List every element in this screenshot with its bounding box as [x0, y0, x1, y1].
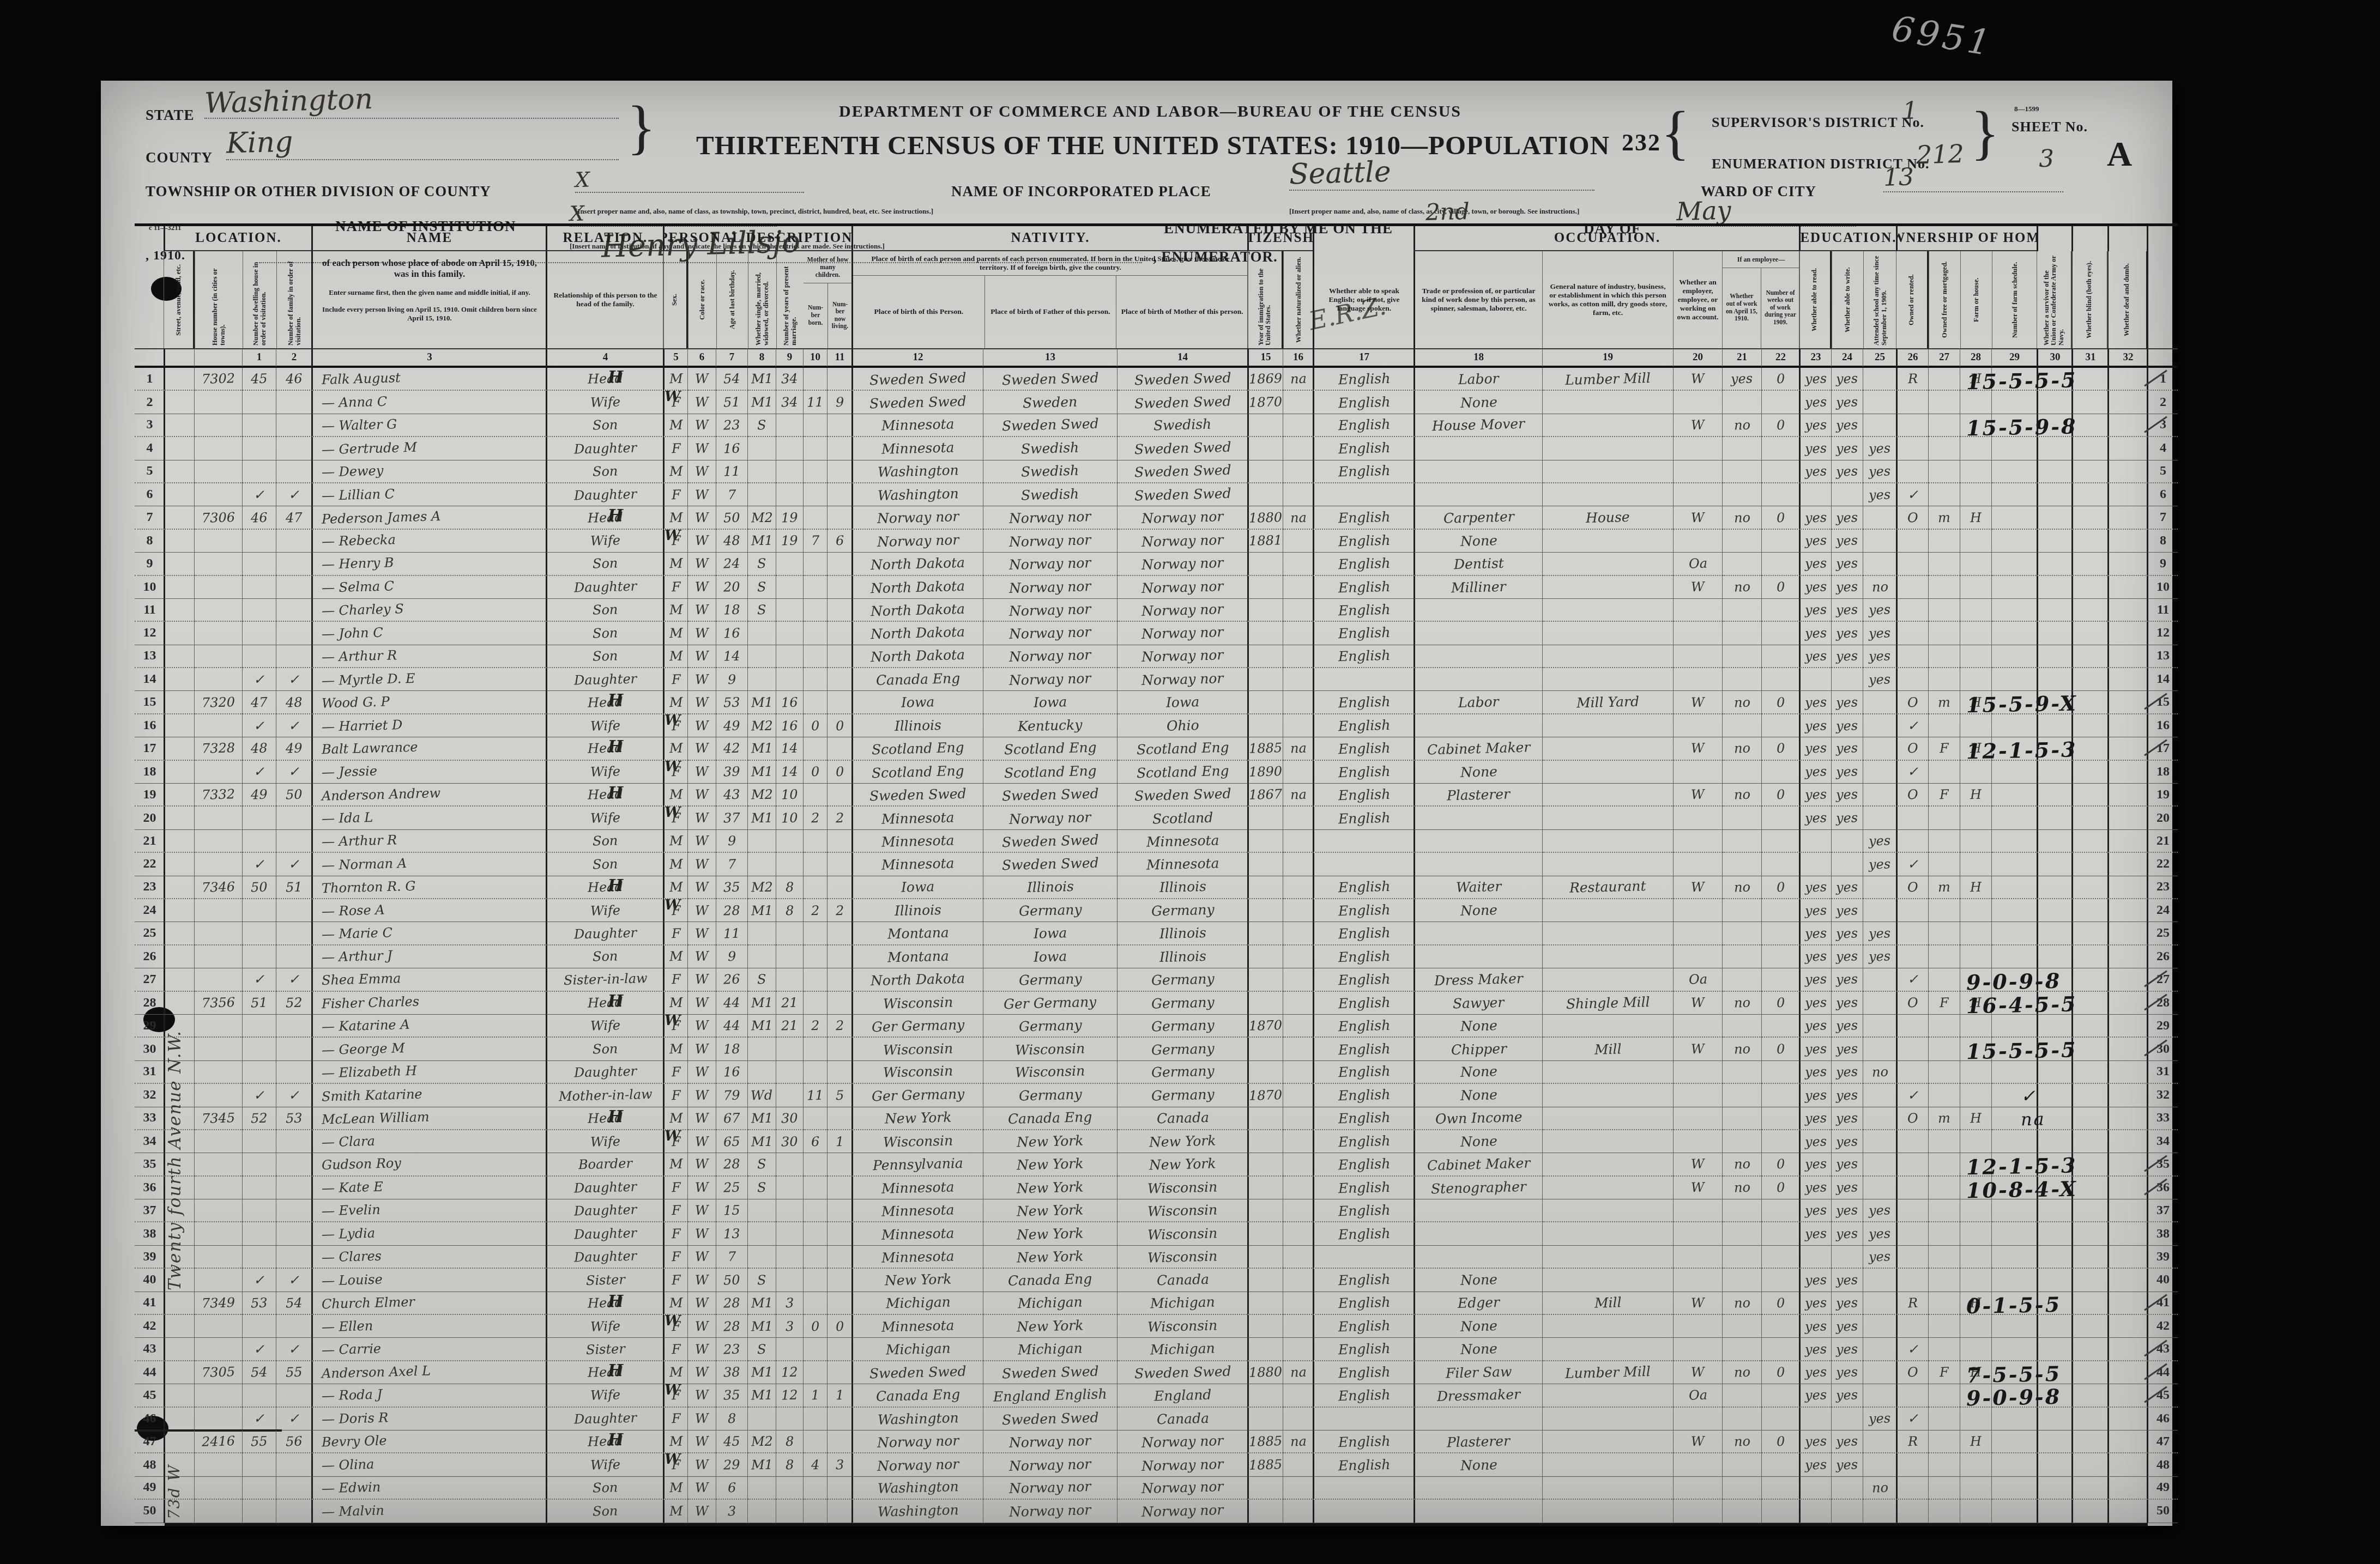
col-surv	[2037, 1408, 2073, 1430]
col-rline	[2147, 348, 2178, 368]
col-ym: 10	[776, 784, 804, 807]
col-street	[164, 599, 195, 622]
col-wr: yes	[1832, 968, 1863, 991]
col-cl: 1	[827, 1384, 853, 1407]
col-surv	[2037, 391, 2073, 414]
col-ym	[776, 1500, 804, 1523]
col-mor	[1929, 1453, 1960, 1476]
col-house	[195, 599, 243, 622]
col-sched	[1992, 945, 2038, 968]
col-cb	[804, 853, 827, 876]
col-race: W	[688, 668, 716, 691]
col-ym: Number of years of present marriage.	[776, 251, 804, 348]
col-trade: Trade or profession of, or particular ki…	[1413, 251, 1543, 348]
col-ym: 34	[776, 368, 804, 391]
col-house	[195, 1477, 243, 1500]
col-pbf: England English	[983, 1384, 1117, 1407]
col-mar: M1	[748, 899, 776, 922]
col-eng: English	[1313, 437, 1415, 460]
col-blind	[2071, 1408, 2109, 1430]
col-sched	[1992, 622, 2038, 645]
col-eng: English	[1313, 899, 1415, 922]
col-rd: yes	[1799, 553, 1832, 575]
col-wk	[1762, 1384, 1800, 1407]
col-house: 7306	[195, 506, 243, 529]
col-wr: yes	[1832, 622, 1863, 645]
col-sched	[1992, 599, 2038, 622]
col-fh	[1960, 922, 1992, 945]
col-cl: 11	[827, 348, 853, 368]
col-house	[195, 460, 243, 483]
col-trade: Labor	[1413, 691, 1543, 714]
col-nat: na	[1283, 784, 1314, 807]
col-mor	[1929, 1038, 1960, 1060]
col-name: Anderson Axel L	[311, 1361, 547, 1384]
col-dwell	[243, 1453, 276, 1476]
col-sex: F	[663, 530, 688, 553]
col-rline: 13	[2147, 645, 2178, 668]
col-pbf: Michigan	[983, 1292, 1117, 1315]
col-nat	[1283, 1246, 1314, 1269]
col-imm	[1247, 853, 1283, 876]
col-rd: yes	[1799, 1038, 1832, 1060]
col-age: 7	[716, 1246, 748, 1269]
col-line: 19	[135, 784, 165, 807]
col-fam	[276, 1153, 312, 1176]
col-emp	[1674, 1107, 1723, 1130]
col-street	[164, 1384, 195, 1407]
col-cb	[804, 1038, 827, 1060]
col-rd: yes	[1799, 1199, 1832, 1222]
col-house	[195, 1199, 243, 1222]
col-rd: yes	[1799, 1453, 1832, 1476]
col-eng	[1313, 1477, 1415, 1500]
col-wr: yes	[1832, 599, 1863, 622]
col-imm	[1247, 1246, 1283, 1269]
col-pbm: Sweden Swed	[1117, 483, 1248, 506]
col-nat	[1283, 576, 1314, 599]
col-fh: H	[1960, 1107, 1992, 1130]
col-sex: M	[663, 1038, 688, 1060]
col-ym	[776, 1199, 804, 1222]
col-rd	[1799, 1408, 1832, 1430]
col-line: 31	[135, 1061, 165, 1084]
col-dwell: 52	[243, 1107, 276, 1130]
col-pbf: New York	[983, 1222, 1117, 1245]
col-rline: 18	[2147, 761, 2178, 784]
col-wk	[1762, 1015, 1800, 1038]
col-sex: M	[663, 1107, 688, 1130]
col-cl	[827, 622, 853, 645]
col-ind	[1543, 1130, 1674, 1153]
col-wk: 0	[1762, 784, 1800, 807]
col-mar: M2	[748, 1430, 776, 1453]
col-deaf	[2107, 1061, 2148, 1084]
state-label: STATE	[146, 107, 195, 124]
col-pbm: Minnesota	[1117, 853, 1248, 876]
col-rline: 37	[2147, 1199, 2178, 1222]
col-rel: Head	[546, 368, 664, 391]
census-row-18: 18✓✓— JessieWifeFW39M11400Scotland EngSc…	[135, 761, 2178, 784]
col-rline: 40	[2147, 1269, 2178, 1292]
col-wr: yes	[1832, 1430, 1863, 1453]
col-rd	[1799, 483, 1832, 506]
col-fh: H	[1960, 784, 1992, 807]
col-wk	[1762, 1269, 1800, 1292]
pencil-annotation: 9-0-9-8	[1966, 1383, 2163, 1410]
col-fh	[1960, 1130, 1992, 1153]
col-own	[1896, 1061, 1929, 1084]
col-out	[1723, 945, 1762, 968]
col-wr	[1832, 1477, 1863, 1500]
col-out: no	[1723, 1292, 1762, 1315]
col-trade	[1413, 1222, 1543, 1245]
col-deaf	[2107, 853, 2148, 876]
col-trade: None	[1413, 1061, 1543, 1084]
col-emp: W	[1674, 506, 1723, 529]
col-eng	[1313, 668, 1415, 691]
col-wr: yes	[1832, 1177, 1863, 1199]
col-mar: M1	[748, 1384, 776, 1407]
col-cb: 6	[804, 1130, 827, 1153]
col-house	[195, 622, 243, 645]
col-sex: F	[663, 807, 688, 829]
col-cl: 0	[827, 761, 853, 784]
col-ym: 12	[776, 1384, 804, 1407]
col-surv	[2037, 830, 2073, 853]
col-rel: Son	[546, 853, 664, 876]
col-pbf: Germany	[983, 968, 1117, 991]
col-fam	[276, 1384, 312, 1407]
col-own	[1896, 1222, 1929, 1245]
col-mar	[748, 622, 776, 645]
col-blind	[2071, 1199, 2109, 1222]
col-wk	[1762, 1061, 1800, 1084]
col-mar: M1	[748, 737, 776, 760]
col-wr: yes	[1832, 1199, 1863, 1222]
col-race: W	[688, 553, 716, 575]
col-wr: yes	[1832, 1107, 1863, 1130]
col-line	[135, 251, 165, 348]
col-blind	[2071, 599, 2109, 622]
col-eng: English	[1313, 622, 1415, 645]
col-age: 28	[716, 899, 748, 922]
col-wk	[1762, 899, 1800, 922]
col-ind	[1543, 437, 1674, 460]
col-sched	[1992, 853, 2038, 876]
col-own	[1896, 460, 1929, 483]
col-name: — Clares	[311, 1246, 547, 1269]
col-trade: Sawyer	[1413, 992, 1543, 1015]
col-ind	[1543, 1384, 1674, 1407]
col-imm: 1870	[1247, 391, 1283, 414]
col-rel: Head	[546, 1361, 664, 1384]
col-trade: None	[1413, 391, 1543, 414]
col-wk: 0	[1762, 414, 1800, 437]
col-rel: Wife	[546, 530, 664, 553]
col-pbm: Illinois	[1117, 876, 1248, 899]
col-rel: Sister	[546, 1338, 664, 1361]
col-out	[1723, 830, 1762, 853]
col-cl	[827, 1338, 853, 1361]
col-dwell: ✓	[243, 1084, 276, 1107]
col-cl	[827, 1246, 853, 1269]
col-dwell: ✓	[243, 483, 276, 506]
col-rd	[1799, 1477, 1832, 1500]
col-mor	[1929, 853, 1960, 876]
col-deaf	[2107, 1453, 2148, 1476]
col-trade	[1413, 668, 1543, 691]
col-surv	[2037, 553, 2073, 575]
col-ind	[1543, 1084, 1674, 1107]
col-pbf: 13	[983, 348, 1117, 368]
col-race: W	[688, 1384, 716, 1407]
col-name: — Clara	[311, 1130, 547, 1153]
col-pb: North Dakota	[851, 599, 983, 622]
col-blind	[2071, 506, 2109, 529]
col-blind	[2071, 622, 2109, 645]
col-wr: yes	[1832, 784, 1863, 807]
col-nat	[1283, 876, 1314, 899]
col-ym	[776, 483, 804, 506]
col-trade: None	[1413, 1315, 1543, 1338]
col-deaf	[2107, 460, 2148, 483]
col-imm: 1867	[1247, 784, 1283, 807]
col-race: W	[688, 1084, 716, 1107]
col-out	[1723, 853, 1762, 876]
col-sc	[1863, 506, 1897, 529]
col-fam: ✓	[276, 853, 312, 876]
col-nat	[1283, 437, 1314, 460]
col-blind	[2071, 1315, 2109, 1338]
col-cb	[804, 1153, 827, 1176]
col-mor: F	[1929, 784, 1960, 807]
col-nat	[1283, 1199, 1314, 1222]
col-trade	[1413, 622, 1543, 645]
col-surv	[2037, 899, 2073, 922]
col-line: 9	[135, 553, 165, 575]
col-blind	[2071, 645, 2109, 668]
col-emp	[1674, 437, 1723, 460]
col-wk	[1762, 1130, 1800, 1153]
col-race: W	[688, 1015, 716, 1038]
col-rel: Wife	[546, 1130, 664, 1153]
col-name: — Ellen	[311, 1315, 547, 1338]
col-wk	[1762, 922, 1800, 945]
col-line: 2	[135, 391, 165, 414]
col-own: O	[1896, 876, 1929, 899]
col-house	[195, 414, 243, 437]
col-dwell	[243, 1222, 276, 1245]
col-pbf: Germany	[983, 1084, 1117, 1107]
col-mar: S	[748, 1269, 776, 1292]
col-fh	[1960, 553, 1992, 575]
col-out	[1723, 1061, 1762, 1084]
col-race: W	[688, 1153, 716, 1176]
col-out	[1723, 1084, 1762, 1107]
col-rd: yes	[1799, 391, 1832, 414]
col-fh	[1960, 1453, 1992, 1476]
col-wk	[1762, 1084, 1800, 1107]
col-rd: yes	[1799, 622, 1832, 645]
col-line: 5	[135, 460, 165, 483]
col-out	[1723, 437, 1762, 460]
col-out	[1723, 391, 1762, 414]
col-dwell	[243, 1130, 276, 1153]
col-name: Balt Lawrance	[311, 737, 547, 760]
col-ind	[1543, 1408, 1674, 1430]
col-out	[1723, 1107, 1762, 1130]
col-pb: Washington	[851, 1500, 983, 1523]
col-fh	[1960, 807, 1992, 829]
col-pbm: Wisconsin	[1117, 1177, 1248, 1199]
col-eng: English	[1313, 761, 1415, 784]
col-house	[195, 645, 243, 668]
col-emp	[1674, 1246, 1723, 1269]
col-pbf: Sweden	[983, 391, 1117, 414]
left-brace: }	[627, 97, 656, 157]
col-pbm: Norway nor	[1117, 1500, 1248, 1523]
col-ind	[1543, 899, 1674, 922]
col-eng: English	[1313, 1061, 1415, 1084]
col-rd: yes	[1799, 1084, 1832, 1107]
col-surv: 30	[2037, 348, 2073, 368]
col-sc	[1863, 1130, 1897, 1153]
col-emp	[1674, 922, 1723, 945]
col-rel: Wife	[546, 807, 664, 829]
col-rel: Daughter	[546, 1246, 664, 1269]
col-house	[195, 437, 243, 460]
col-mar: S	[748, 1153, 776, 1176]
col-sex: M	[663, 830, 688, 853]
department-line: DEPARTMENT OF COMMERCE AND LABOR—BUREAU …	[728, 102, 1573, 121]
col-surv	[2037, 506, 2073, 529]
col-ind	[1543, 737, 1674, 760]
col-ym	[776, 1477, 804, 1500]
census-row-15: 1573204748Wood G. PHeadMW53M116IowaIowaI…	[135, 691, 2178, 714]
col-dwell: 45	[243, 368, 276, 391]
col-rline: 50	[2147, 1500, 2178, 1523]
col-pb: Minnesota	[851, 853, 983, 876]
col-cl	[827, 1477, 853, 1500]
col-name: Church Elmer	[311, 1292, 547, 1315]
col-age: 16	[716, 622, 748, 645]
col-sc	[1863, 691, 1897, 714]
col-pbm: Minnesota	[1117, 830, 1248, 853]
col-cb: 11	[804, 1084, 827, 1107]
col-sc: yes	[1863, 622, 1897, 645]
col-name: Smith Katarine	[311, 1084, 547, 1107]
col-rd	[1799, 830, 1832, 853]
col-rd: yes	[1799, 1177, 1832, 1199]
col-deaf	[2107, 784, 2148, 807]
col-fam	[276, 414, 312, 437]
col-eng: English	[1313, 1153, 1415, 1176]
col-pb: Canada Eng	[851, 1384, 983, 1407]
col-mor	[1929, 368, 1960, 391]
col-wr	[1832, 1408, 1863, 1430]
col-rel: Son	[546, 1477, 664, 1500]
col-mar	[748, 1038, 776, 1060]
col-own: 26	[1896, 348, 1929, 368]
col-out	[1723, 922, 1762, 945]
col-wr: yes	[1832, 922, 1863, 945]
col-wk: 0	[1762, 1430, 1800, 1453]
col-own: O	[1896, 784, 1929, 807]
col-out	[1723, 1384, 1762, 1407]
col-blind: Whether blind (both eyes).	[2071, 251, 2109, 348]
col-emp	[1674, 714, 1723, 737]
col-house	[195, 1453, 243, 1476]
col-eng: English	[1313, 576, 1415, 599]
col-fam	[276, 576, 312, 599]
col-cl	[827, 1361, 853, 1384]
col-mor	[1929, 830, 1960, 853]
col-mor	[1929, 483, 1960, 506]
col-ind: Shingle Mill	[1543, 992, 1674, 1015]
col-name: of each person whose place of abode on A…	[311, 251, 547, 348]
col-emp: W	[1674, 414, 1723, 437]
col-own: R	[1896, 1430, 1929, 1453]
census-row-17: 1773284849Balt LawranceHeadMW42M114Scotl…	[135, 737, 2178, 760]
col-blind	[2071, 945, 2109, 968]
col-cl	[827, 945, 853, 968]
col-sex: M	[663, 1430, 688, 1453]
col-rline: 8	[2147, 530, 2178, 553]
col-own: O	[1896, 691, 1929, 714]
col-line: 49	[135, 1477, 165, 1500]
col-sex: M	[663, 645, 688, 668]
col-fam	[276, 1061, 312, 1084]
col-mor	[1929, 968, 1960, 991]
col-house	[195, 807, 243, 829]
col-pbm: Canada	[1117, 1269, 1248, 1292]
col-cl: 0	[827, 1315, 853, 1338]
col-sched	[1992, 1246, 2038, 1269]
col-name: — Dewey	[311, 460, 547, 483]
col-out: no	[1723, 1430, 1762, 1453]
col-rline: 16	[2147, 714, 2178, 737]
col-fam	[276, 1015, 312, 1038]
col-trade	[1413, 1408, 1543, 1430]
col-fh	[1960, 853, 1992, 876]
census-row-41: 4173495354Church ElmerHeadMW28M13Michiga…	[135, 1292, 2178, 1315]
col-sched	[1992, 1500, 2038, 1523]
col-wk	[1762, 483, 1800, 506]
pencil-annotation: 0-1-5-5	[1966, 1290, 2163, 1318]
col-line: 14	[135, 668, 165, 691]
col-name: — Kate E	[311, 1177, 547, 1199]
col-mor	[1929, 1153, 1960, 1176]
col-fam	[276, 807, 312, 829]
col-name: — Roda J	[311, 1384, 547, 1407]
col-dwell	[243, 1061, 276, 1084]
col-cl	[827, 853, 853, 876]
col-blind	[2071, 553, 2109, 575]
pencil-annotation: 10-8-4-X	[1966, 1175, 2163, 1203]
col-sched	[1992, 391, 2038, 414]
col-sc	[1863, 391, 1897, 414]
col-pbf: Sweden Swed	[983, 368, 1117, 391]
census-row-49: 49— EdwinSonMW6WashingtonNorway norNorwa…	[135, 1477, 2178, 1500]
col-mar	[748, 945, 776, 968]
col-cb	[804, 368, 827, 391]
col-pbf: Canada Eng	[983, 1107, 1117, 1130]
col-fam: 52	[276, 992, 312, 1015]
col-nat	[1283, 1084, 1314, 1107]
col-sex: M	[663, 992, 688, 1015]
col-sex: F	[663, 391, 688, 414]
